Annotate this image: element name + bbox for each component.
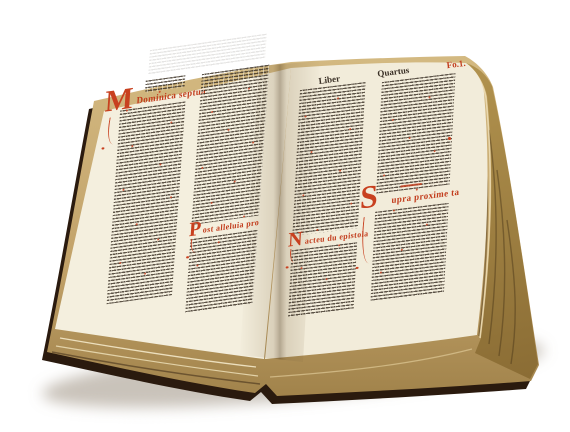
red-initial-m: M bbox=[104, 86, 134, 114]
book-illustration bbox=[0, 0, 570, 432]
right-column-2: S upra proxime ta bbox=[370, 73, 455, 309]
text-block bbox=[191, 65, 269, 225]
red-initial-s: S bbox=[359, 183, 378, 211]
red-initial-p: P bbox=[189, 220, 202, 238]
red-initial-n: N bbox=[288, 231, 303, 249]
text-block bbox=[292, 82, 365, 236]
right-column-1: N acteu du epistola bbox=[288, 82, 366, 319]
text-block bbox=[371, 203, 449, 301]
text-block bbox=[376, 73, 455, 194]
photo-canvas: M Dominica septua P ost alleluia pro Lib… bbox=[0, 0, 570, 432]
margin-red-fleck bbox=[448, 137, 451, 140]
text-block bbox=[288, 242, 357, 317]
